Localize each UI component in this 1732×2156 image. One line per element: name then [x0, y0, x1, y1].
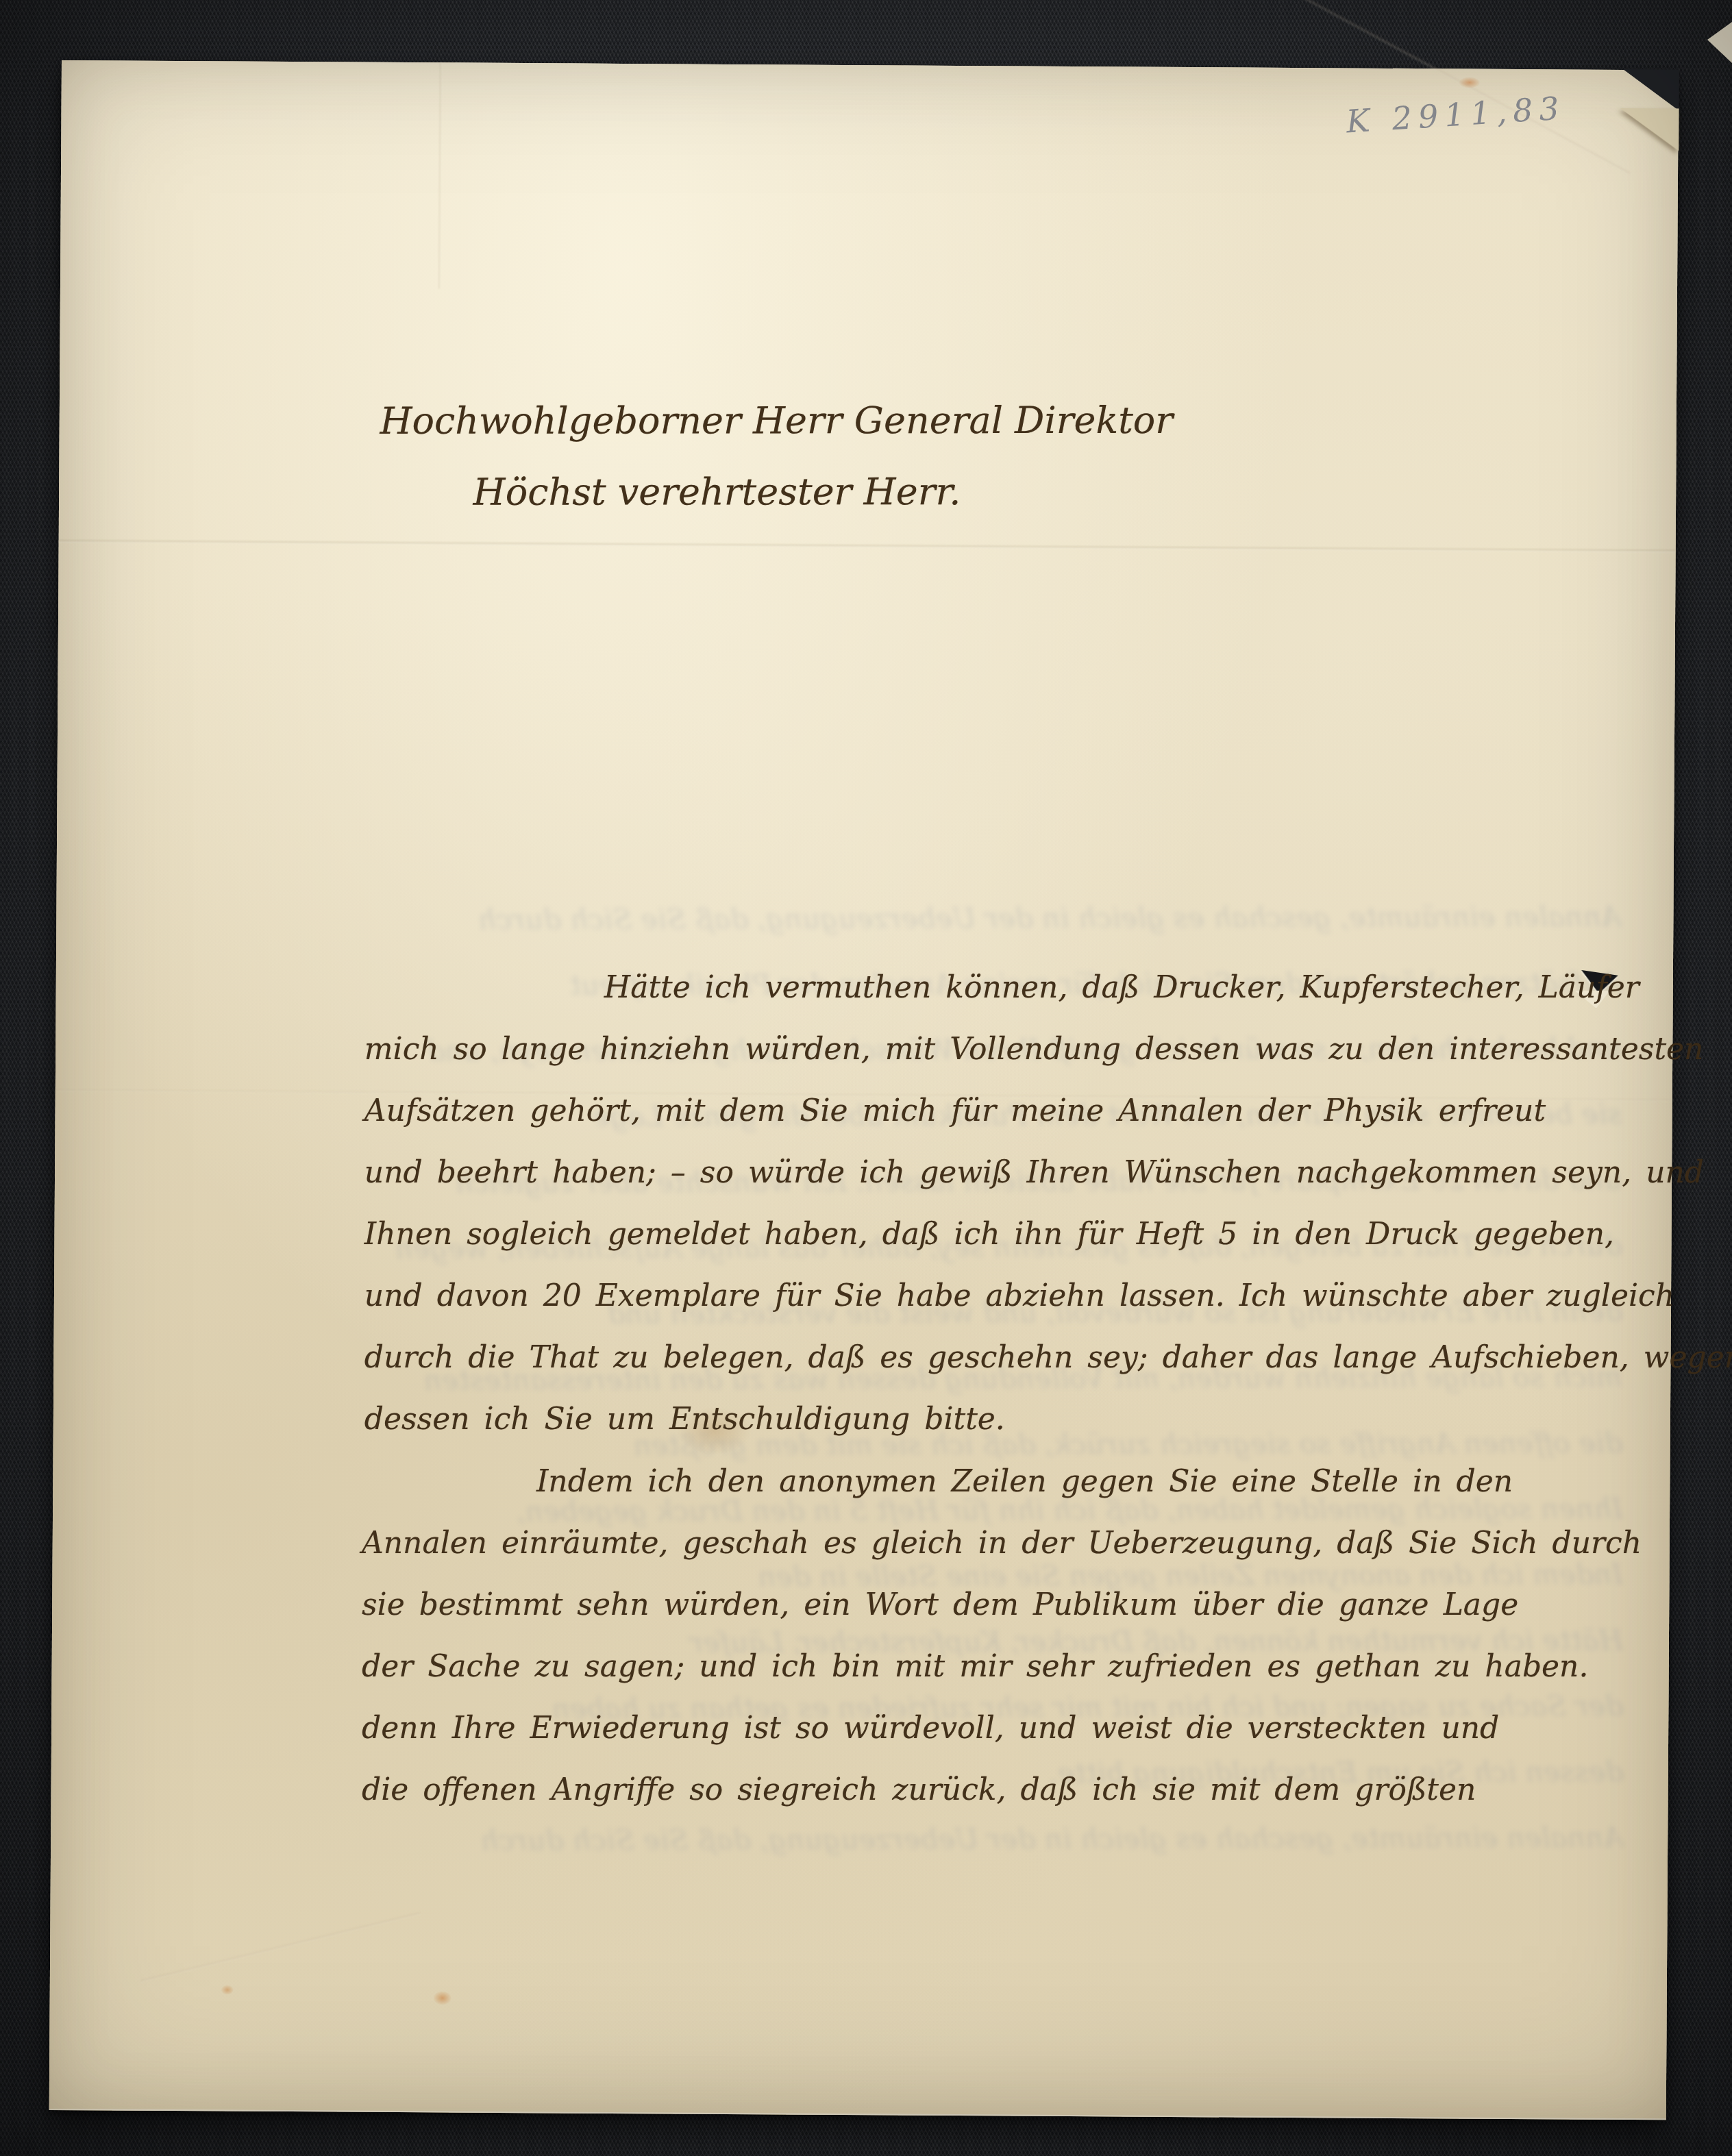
letter-line: der Sache zu sagen; und ich bin mit mir …	[362, 1636, 1642, 1698]
verso-line: Annalen einräumte, geschah es gleich in …	[25, 884, 1621, 954]
letter-line: dessen ich Sie um Entschuldigung bitte.	[364, 1389, 1732, 1450]
letter-line: Hätte ich vermuthen können, daß Drucker,…	[364, 957, 1732, 1019]
letter-line: Annalen einräumte, geschah es gleich in …	[362, 1513, 1642, 1574]
letter-line: mich so lange hinziehn würden, mit Volle…	[364, 1019, 1732, 1080]
letter-line: und davon 20 Exemplare für Sie habe abzi…	[364, 1265, 1732, 1327]
letter-line: und beehrt haben; – so würde ich gewiß I…	[364, 1142, 1732, 1204]
letter-page: Annalen einräumte, geschah es gleich in …	[49, 60, 1679, 2120]
letter-line: denn Ihre Erwiederung ist so würdevoll, …	[362, 1698, 1642, 1759]
fold-crease-diagonal-2	[140, 1912, 421, 1982]
fold-crease-vertical	[438, 62, 442, 288]
letter-line: sie bestimmt sehn würden, ein Wort dem P…	[362, 1574, 1642, 1636]
stray-sheet-corner	[1707, 22, 1732, 63]
fold-crease-horizontal	[59, 540, 1676, 552]
letter-paragraph-2: Indem ich den anonymen Zeilen gegen Sie …	[362, 1451, 1642, 1821]
folded-corner-notch	[1623, 69, 1679, 110]
letter-line: Ihnen sogleich gemeldet haben, daß ich i…	[364, 1204, 1732, 1265]
salutation-line-2: Höchst verehrtester Herr.	[380, 456, 1173, 528]
letter-line: durch die That zu belegen, daß es gesche…	[364, 1327, 1732, 1389]
salutation-line-1: Hochwohlgeborner Herr General Direktor	[380, 385, 1173, 457]
photo-background: Annalen einräumte, geschah es gleich in …	[0, 0, 1732, 2156]
catalog-number: K 2911,83	[1345, 89, 1566, 140]
folded-corner-flap	[1620, 108, 1679, 151]
salutation-block: Hochwohlgeborner Herr General Direktor H…	[380, 385, 1173, 528]
paper-stain	[221, 1985, 234, 1994]
letter-line: Indem ich den anonymen Zeilen gegen Sie …	[362, 1451, 1642, 1513]
letter-paragraph-1: Hätte ich vermuthen können, daß Drucker,…	[364, 957, 1732, 1450]
paper-stain	[1459, 77, 1480, 88]
letter-line: die offenen Angriffe so siegreich zurück…	[362, 1759, 1642, 1821]
paper-stain	[434, 1991, 451, 2005]
letter-line: Aufsätzen gehört, mit dem Sie mich für m…	[364, 1080, 1732, 1142]
